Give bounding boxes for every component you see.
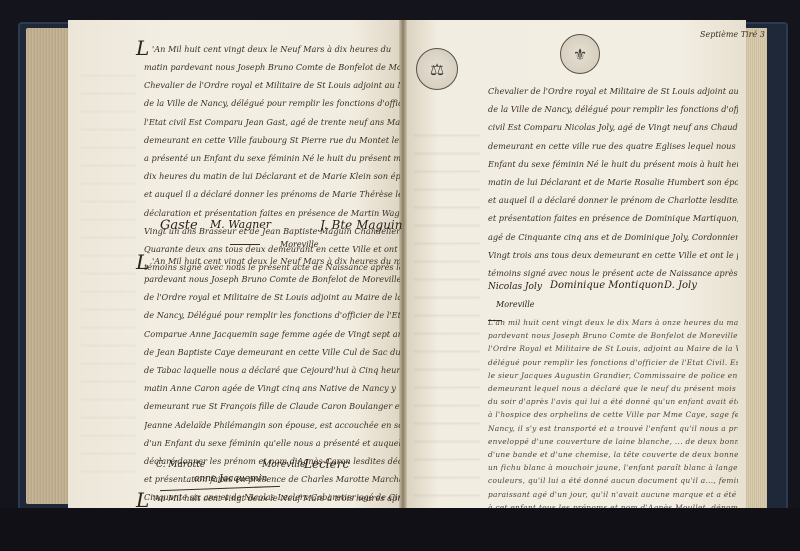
signature: C. Marotte bbox=[156, 460, 205, 470]
entry-line: 'An Mil huit cent vingt deux le Neuf Mar… bbox=[152, 490, 400, 506]
entry-1-body: matin pardevant nous Joseph Bruno Comte … bbox=[144, 58, 400, 276]
entry-line: Nancy, il s'y est transporté et a trouvé… bbox=[488, 422, 738, 435]
entry-3-text: 'An Mil huit cent vingt deux le Neuf Mar… bbox=[152, 490, 400, 506]
entry-line: Chevalier de l'Ordre royal et Militaire … bbox=[488, 82, 738, 100]
book-gutter bbox=[399, 20, 407, 508]
signature: Moreville bbox=[496, 300, 535, 309]
signature: M. Wagner bbox=[210, 218, 271, 231]
signature: Nicolas Joly bbox=[488, 282, 542, 292]
page-edges-left bbox=[26, 28, 70, 504]
signature: Gaste bbox=[160, 218, 198, 233]
entry-line: de Tabac laquelle nous a déclaré que Cej… bbox=[144, 361, 400, 379]
entry-line: matin pardevant nous Joseph Bruno Comte … bbox=[144, 58, 400, 76]
seated-figure-icon: ⚖ bbox=[417, 49, 457, 89]
entry-line: le sieur Jacques Augustin Grandier, Comm… bbox=[488, 369, 738, 382]
entry-line: délégué pour remplir les fonctions d'off… bbox=[488, 356, 738, 369]
entry-initial-1: L bbox=[136, 36, 149, 60]
entry-line: de la Ville de Nancy, délégué pour rempl… bbox=[488, 100, 738, 118]
entry-line: pardevant nous Joseph Bruno Comte de Bon… bbox=[488, 329, 738, 342]
entry-line: et auquel il a déclaré donner le prénom … bbox=[488, 191, 738, 209]
entry-line: de Jean Baptiste Caye demeurant en cette… bbox=[144, 343, 400, 361]
entry-line: du soir d'après l'avis qui lui a été don… bbox=[488, 395, 738, 408]
crown-fleur-de-lis-icon: ⚜ bbox=[561, 35, 599, 73]
royal-crown-seal-icon: ⚜ bbox=[560, 34, 600, 74]
entry-line: Comparue Anne Jacquemin sage femme agée … bbox=[144, 325, 400, 343]
entry-line: d'une bande et d'une chemise, la tête co… bbox=[488, 448, 738, 461]
entry-line: d'un Enfant du sexe féminin qu'elle nous… bbox=[144, 434, 400, 452]
folio-number: Septième Tiré 3 bbox=[700, 30, 765, 39]
entry-line: 'An Mil huit cent vingt deux le Neuf Mar… bbox=[152, 252, 400, 270]
entry-line: enveloppé d'une couverture de laine blan… bbox=[488, 435, 738, 448]
entry-4-text: Chevalier de l'Ordre royal et Militaire … bbox=[488, 82, 738, 282]
entry-line: 'An Mil huit cent vingt deux le Neuf Mar… bbox=[152, 40, 400, 58]
entry-line: pardevant nous Joseph Bruno Comte de Bon… bbox=[144, 270, 400, 288]
entry-start-flourish bbox=[488, 320, 502, 321]
signature: J. Bte Maguin bbox=[320, 218, 402, 232]
signature: anne Jacquemin bbox=[194, 474, 267, 484]
entry-line: de la Ville de Nancy, délégué pour rempl… bbox=[144, 94, 400, 112]
entry-1-text: 'An Mil huit cent vingt deux le Neuf Mar… bbox=[152, 40, 400, 58]
entry-line: couleurs, qu'il lui a été donné aucun do… bbox=[488, 474, 738, 487]
page-edges-right bbox=[745, 28, 767, 508]
entry-line: Vingt trois ans tous deux demeurant en c… bbox=[488, 246, 738, 264]
entry-line: agé de Cinquante cinq ans et de Dominiqu… bbox=[488, 228, 738, 246]
entry-line: de Nancy, Délégué pour remplir les fonct… bbox=[144, 306, 400, 324]
entry-line: de l'Ordre royal et Militaire de St Loui… bbox=[144, 288, 400, 306]
entry-line: civil Est Comparu Nicolas Joly, agé de V… bbox=[488, 118, 738, 136]
entry-line: L'an mil huit cent vingt deux le dix Mar… bbox=[488, 316, 738, 329]
signature: Moreville bbox=[280, 240, 319, 249]
entry-line: et présentation faites en présence de Do… bbox=[488, 209, 738, 227]
entry-line: demeurant lequel nous a déclaré que le n… bbox=[488, 382, 738, 395]
entry-line: l'Etat civil Est Comparu Jean Gast, agé … bbox=[144, 113, 400, 131]
entry-line: Jeanne Adelaïde Philémangin son épouse, … bbox=[144, 416, 400, 434]
signature: Dominique Montiquon bbox=[550, 280, 664, 291]
signature-flourish bbox=[230, 244, 260, 245]
bleed-through-left bbox=[80, 60, 136, 480]
signature: D. Joly bbox=[664, 280, 697, 291]
entry-line: paraissant agé d'un jour, qu'il n'avait … bbox=[488, 488, 738, 501]
entry-line: et auquel il a déclaré donner les prénom… bbox=[144, 185, 400, 203]
signature: Leclerc bbox=[304, 457, 349, 471]
bleed-through-right bbox=[414, 120, 480, 500]
entry-line: matin de lui Déclarant et de Marie Rosal… bbox=[488, 173, 738, 191]
entry-2-text: 'An Mil huit cent vingt deux le Neuf Mar… bbox=[152, 252, 400, 270]
entry-line: a présenté un Enfant du sexe féminin Né … bbox=[144, 149, 400, 167]
seated-figure-stamp-icon: ⚖ bbox=[416, 48, 458, 90]
entry-line: à l'hospice des orphelins de cette Ville… bbox=[488, 408, 738, 421]
entry-line: Chevalier de l'Ordre royal et Militaire … bbox=[144, 76, 400, 94]
entry-line: Enfant du sexe féminin Né le huit du pré… bbox=[488, 155, 738, 173]
entry-line: l'Ordre Royal et Militaire de St Louis, … bbox=[488, 342, 738, 355]
entry-line: demeurant en cette ville rue des quatre … bbox=[488, 137, 738, 155]
entry-line: matin Anne Caron agée de Vingt cinq ans … bbox=[144, 379, 400, 397]
signature: Moreville bbox=[262, 460, 305, 470]
entry-line: un fichu blanc à mouchoir jaune, l'enfan… bbox=[488, 461, 738, 474]
entry-line: dix heures du matin de lui Déclarant et … bbox=[144, 167, 400, 185]
entry-line: demeurant en cette Ville faubourg St Pie… bbox=[144, 131, 400, 149]
scan-background-bottom bbox=[0, 508, 800, 551]
entry-line: demeurant rue St François fille de Claud… bbox=[144, 397, 400, 415]
